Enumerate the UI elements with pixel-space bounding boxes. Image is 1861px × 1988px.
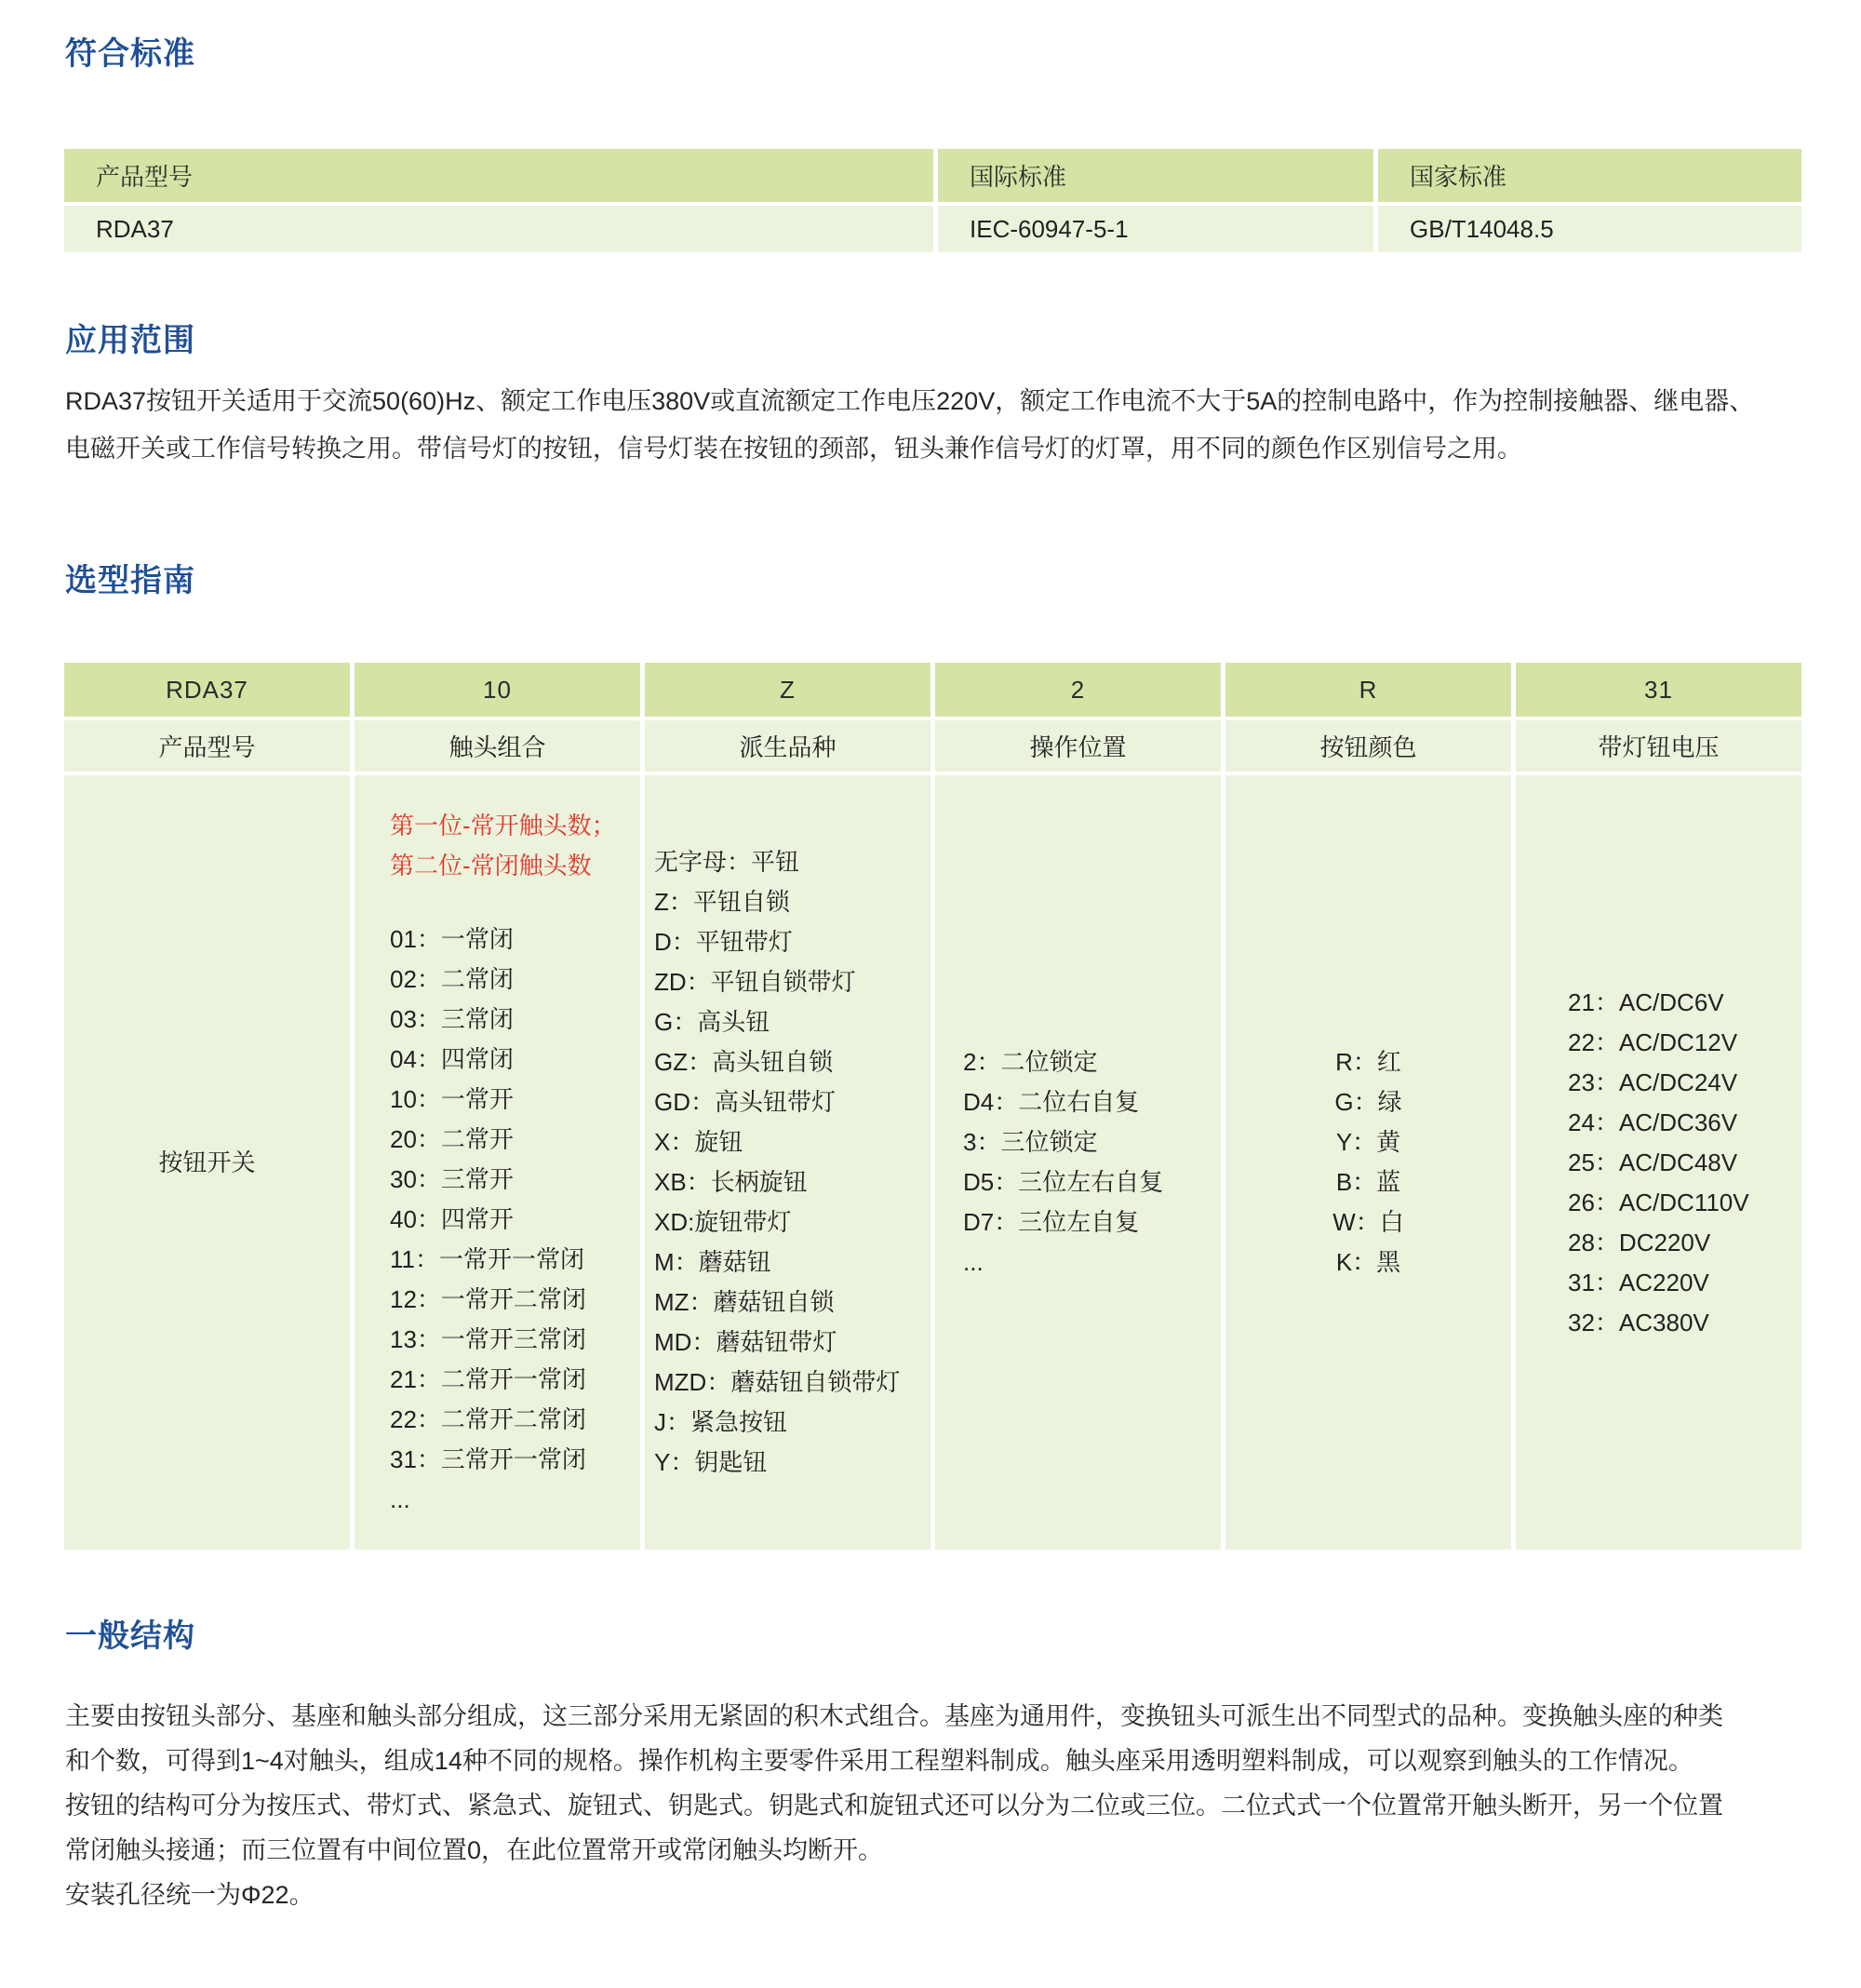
lamp-voltage-item: 32：AC380V <box>1568 1303 1801 1343</box>
selection-label-row: 产品型号 触头组合 派生品种 操作位置 按钮颜色 带灯钮电压 <box>64 720 1801 772</box>
standards-header-international-standard: 国际标准 <box>938 149 1373 202</box>
label-cell-product-model: 产品型号 <box>64 720 350 772</box>
paragraph-line: 常闭触头接通；而三位置有中间位置0，在此位置常开或常闭触头均断开。 <box>65 1828 1805 1873</box>
label-cell-operate-position: 操作位置 <box>935 720 1221 772</box>
selection-guide-table: RDA37 10 Z 2 R 31 产品型号 触头组合 派生品种 操作位置 按钮… <box>64 663 1801 1550</box>
derived-variant-cell: 无字母：平钮Z：平钮自锁D：平钮带灯ZD：平钮自锁带灯G：高头钮GZ：高头钮自锁… <box>645 775 930 1550</box>
button-color-item: B：蓝 <box>1225 1162 1511 1202</box>
operate-position-item: D5：三位左右自复 <box>963 1162 1221 1202</box>
button-color-item: K：黑 <box>1225 1242 1511 1283</box>
lamp-voltage-item: 23：AC/DC24V <box>1568 1063 1801 1103</box>
product-type-cell: 按钮开关 <box>64 775 350 1550</box>
derived-variant-item: J：紧急按钮 <box>654 1403 930 1443</box>
lamp-voltage-item: 21：AC/DC6V <box>1568 983 1801 1023</box>
contact-combination-item: 11：一常开一常闭 <box>390 1240 640 1280</box>
application-section-title: 应用范围 <box>65 322 1861 360</box>
lamp-voltage-item: 24：AC/DC36V <box>1568 1103 1801 1143</box>
operate-position-item: D7：三位左自复 <box>963 1202 1221 1242</box>
paragraph-line: 和个数，可得到1~4对触头，组成14种不同的规格。操作机构主要零件采用工程塑料制… <box>65 1739 1805 1783</box>
structure-section-title: 一般结构 <box>65 1618 1861 1656</box>
code-cell-contacts: 10 <box>355 663 640 717</box>
contact-combination-item: 10：一常开 <box>390 1080 640 1120</box>
lamp-voltage-item: 25：AC/DC48V <box>1568 1143 1801 1183</box>
paragraph-line: 电磁开关或工作信号转换之用。带信号灯的按钮，信号灯装在按钮的颈部，钮头兼作信号灯… <box>65 425 1805 473</box>
paragraph-line: 安装孔径统一为Φ22。 <box>65 1873 1805 1917</box>
lamp-voltage-cell: 21：AC/DC6V22：AC/DC12V23：AC/DC24V24：AC/DC… <box>1516 775 1801 1550</box>
derived-variant-item: Y：钥匙钮 <box>654 1443 930 1483</box>
contact-combination-item: 40：四常开 <box>390 1200 640 1240</box>
standards-section-title: 符合标准 <box>65 0 1861 74</box>
button-color-item: W：白 <box>1225 1202 1511 1242</box>
contact-note-line: 第一位-常开触头数； <box>390 806 640 846</box>
derived-variant-item: G：高头钮 <box>654 1002 930 1042</box>
datasheet-page: 符合标准 产品型号 国际标准 国家标准 RDA37 IEC-60947-5-1 … <box>0 0 1861 1988</box>
button-color-cell: R：红G：绿Y：黄B：蓝W：白K：黑 <box>1225 775 1511 1550</box>
contact-note: 第一位-常开触头数； 第二位-常闭触头数 <box>390 806 640 886</box>
standards-header-product-model: 产品型号 <box>64 149 933 202</box>
contact-note-line: 第二位-常闭触头数 <box>390 846 640 886</box>
product-type-value: 按钮开关 <box>158 1143 255 1183</box>
standards-header-national-standard: 国家标准 <box>1378 149 1801 202</box>
lamp-voltage-item: 26：AC/DC110V <box>1568 1183 1801 1223</box>
button-color-item: Y：黄 <box>1225 1122 1511 1162</box>
paragraph-line: 按钮的结构可分为按压式、带灯式、紧急式、旋钮式、钥匙式。钥匙式和旋钮式还可以分为… <box>65 1783 1805 1828</box>
code-cell-position: 2 <box>935 663 1221 717</box>
code-cell-color: R <box>1225 663 1511 717</box>
derived-variant-item: 无字母：平钮 <box>654 842 930 882</box>
contact-combination-item: 20：二常开 <box>390 1120 640 1160</box>
derived-variant-item: X：旋钮 <box>654 1122 930 1162</box>
derived-variant-item: GD：高头钮带灯 <box>654 1082 930 1122</box>
structure-paragraph: 主要由按钮头部分、基座和触头部分组成，这三部分采用无紧固的积木式组合。基座为通用… <box>65 1694 1805 1917</box>
standards-value-international-standard: IEC-60947-5-1 <box>938 206 1373 252</box>
standards-table-header-row: 产品型号 国际标准 国家标准 <box>64 149 1801 202</box>
derived-variant-item: M：蘑菇钮 <box>654 1242 930 1283</box>
derived-variant-item: MD：蘑菇钮带灯 <box>654 1323 930 1363</box>
operate-position-item: 3：三位锁定 <box>963 1122 1221 1162</box>
derived-variant-item: ZD：平钮自锁带灯 <box>654 962 930 1002</box>
contact-combination-item: 30：三常开 <box>390 1160 640 1200</box>
standards-table: 产品型号 国际标准 国家标准 RDA37 IEC-60947-5-1 GB/T1… <box>64 149 1801 252</box>
contact-combination-item: 03：三常闭 <box>390 1000 640 1040</box>
contact-combination-item: 04：四常闭 <box>390 1040 640 1080</box>
button-color-item: G：绿 <box>1225 1082 1511 1122</box>
derived-variant-item: D：平钮带灯 <box>654 922 930 962</box>
contact-combination-item: 21：二常开一常闭 <box>390 1360 640 1400</box>
code-cell-variant: Z <box>645 663 930 717</box>
contact-combination-item: 22：二常开二常闭 <box>390 1400 640 1440</box>
derived-variant-item: Z：平钮自锁 <box>654 882 930 922</box>
selection-section-title: 选型指南 <box>65 562 1861 600</box>
paragraph-line: 主要由按钮头部分、基座和触头部分组成，这三部分采用无紧固的积木式组合。基座为通用… <box>65 1694 1805 1739</box>
button-color-item: R：红 <box>1225 1042 1511 1082</box>
lamp-voltage-item: 31：AC220V <box>1568 1263 1801 1303</box>
selection-code-row: RDA37 10 Z 2 R 31 <box>64 663 1801 717</box>
contact-combination-item: 02：二常闭 <box>390 960 640 1000</box>
derived-variant-item: MZ：蘑菇钮自锁 <box>654 1283 930 1323</box>
operate-position-item: 2：二位锁定 <box>963 1042 1221 1082</box>
contact-combination-cell: 第一位-常开触头数； 第二位-常闭触头数 01：一常闭02：二常闭03：三常闭0… <box>355 775 640 1550</box>
contact-combination-item: ... <box>390 1480 640 1520</box>
label-cell-button-color: 按钮颜色 <box>1225 720 1511 772</box>
lamp-voltage-item: 22：AC/DC12V <box>1568 1023 1801 1063</box>
standards-table-data-row: RDA37 IEC-60947-5-1 GB/T14048.5 <box>64 206 1801 252</box>
code-cell-model: RDA37 <box>64 663 350 717</box>
operate-position-item: D4：二位右自复 <box>963 1082 1221 1122</box>
application-paragraph: RDA37按钮开关适用于交流50(60)Hz、额定工作电压380V或直流额定工作… <box>65 378 1805 473</box>
derived-variant-item: GZ：高头钮自锁 <box>654 1042 930 1082</box>
contact-combination-list: 01：一常闭02：二常闭03：三常闭04：四常闭10：一常开20：二常开30：三… <box>390 920 640 1520</box>
selection-body-row: 按钮开关 第一位-常开触头数； 第二位-常闭触头数 01：一常闭02：二常闭03… <box>64 775 1801 1550</box>
code-cell-voltage: 31 <box>1516 663 1801 717</box>
contact-combination-item: 31：三常开一常闭 <box>390 1440 640 1480</box>
paragraph-line: RDA37按钮开关适用于交流50(60)Hz、额定工作电压380V或直流额定工作… <box>65 378 1805 425</box>
operate-position-item: ... <box>963 1242 1221 1283</box>
contact-combination-item: 01：一常闭 <box>390 920 640 960</box>
contact-combination-item: 13：一常开三常闭 <box>390 1320 640 1360</box>
label-cell-derived-variant: 派生品种 <box>645 720 930 772</box>
lamp-voltage-item: 28：DC220V <box>1568 1223 1801 1263</box>
derived-variant-item: MZD：蘑菇钮自锁带灯 <box>654 1363 930 1403</box>
operate-position-cell: 2：二位锁定D4：二位右自复3：三位锁定D5：三位左右自复D7：三位左自复... <box>935 775 1221 1550</box>
contact-combination-item: 12：一常开二常闭 <box>390 1280 640 1320</box>
standards-value-product-model: RDA37 <box>64 206 933 252</box>
label-cell-lamp-voltage: 带灯钮电压 <box>1516 720 1801 772</box>
derived-variant-item: XB：长柄旋钮 <box>654 1162 930 1202</box>
standards-value-national-standard: GB/T14048.5 <box>1378 206 1801 252</box>
derived-variant-item: XD:旋钮带灯 <box>654 1202 930 1242</box>
label-cell-contact-combo: 触头组合 <box>355 720 640 772</box>
